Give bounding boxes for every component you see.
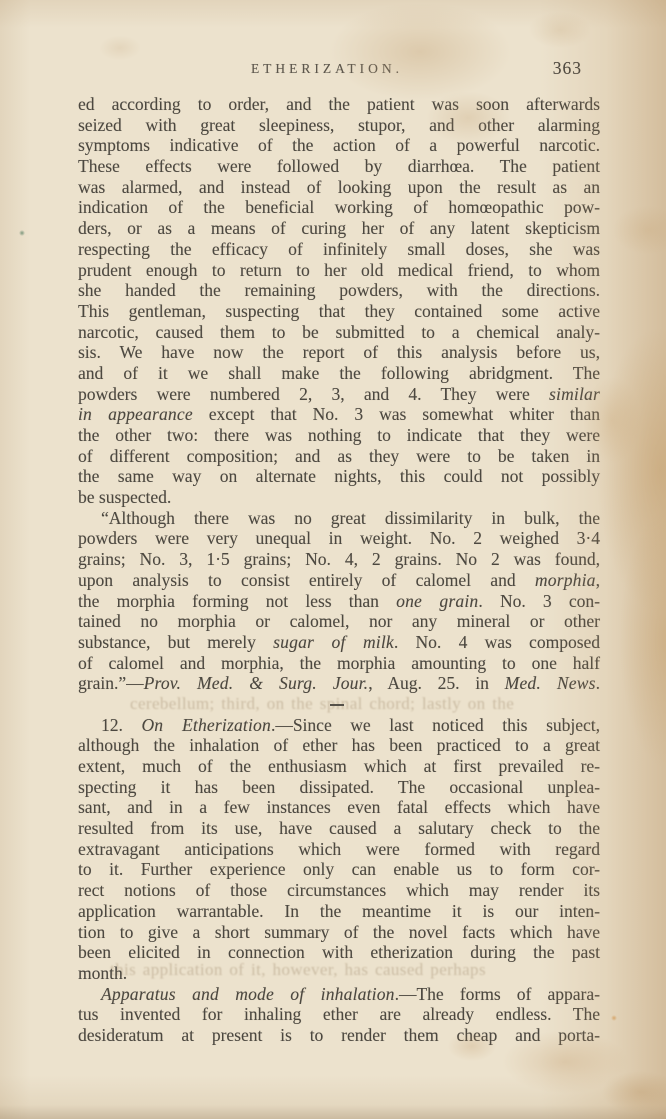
text-line: 12. On Etherization.—Since we last notic… bbox=[78, 715, 600, 736]
running-title: ETHERIZATION. bbox=[66, 61, 588, 77]
text-line: the morphia forming not less than one gr… bbox=[78, 591, 600, 612]
text-line: grains; No. 3, 1·5 grains; No. 4, 2 grai… bbox=[78, 549, 600, 570]
text-line: resulted from its use, have caused a sal… bbox=[78, 818, 600, 839]
text-line: the other two: there was nothing to indi… bbox=[78, 425, 600, 446]
text-line: tus invented for inhaling ether are alre… bbox=[78, 1004, 600, 1025]
separator-rule bbox=[330, 704, 344, 706]
text-line: powders were numbered 2, 3, and 4. They … bbox=[78, 384, 600, 405]
section-separator bbox=[78, 694, 600, 715]
text-line: sant, and in a few instances even fatal … bbox=[78, 797, 600, 818]
text-line: powders were very unequal in weight. No.… bbox=[78, 528, 600, 549]
text-line: of different composition; and as they we… bbox=[78, 446, 600, 467]
text-line: month. bbox=[78, 963, 600, 984]
text-line: prudent enough to return to her old medi… bbox=[78, 260, 600, 281]
text-line: and of it we shall make the following ab… bbox=[78, 363, 600, 384]
text-line: This gentleman, suspecting that they con… bbox=[78, 301, 600, 322]
text-line: ders, or as a means of curing her of any… bbox=[78, 218, 600, 239]
text-line: the same way on alternate nights, this c… bbox=[78, 466, 600, 487]
text-line: in appearance except that No. 3 was some… bbox=[78, 404, 600, 425]
book-page: cerebellum; third, on the spinal chord; … bbox=[0, 0, 666, 1119]
text-line: upon analysis to consist entirely of cal… bbox=[78, 570, 600, 591]
text-line: tained no morphia or calomel, nor any mi… bbox=[78, 611, 600, 632]
text-line: substance, but merely sugar of milk. No.… bbox=[78, 632, 600, 653]
page-number: 363 bbox=[553, 58, 582, 79]
text-line: specting it has been dissipated. The occ… bbox=[78, 777, 600, 798]
text-line: symptoms indicative of the action of a p… bbox=[78, 135, 600, 156]
text-line: application warrantable. In the meantime… bbox=[78, 901, 600, 922]
text-line: of calomel and morphia, the morphia amou… bbox=[78, 653, 600, 674]
page-header: ETHERIZATION. 363 bbox=[78, 61, 600, 81]
text-line: although the inhalation of ether has bee… bbox=[78, 735, 600, 756]
text-line: ed according to order, and the patient w… bbox=[78, 94, 600, 115]
text-line: seized with great sleepiness, stupor, an… bbox=[78, 115, 600, 136]
text-line: “Although there was no great dissimilari… bbox=[78, 508, 600, 529]
text-line: These effects were followed by diarrhœa.… bbox=[78, 156, 600, 177]
text-line: been elicited in connection with etheriz… bbox=[78, 942, 600, 963]
text-line: extravagant anticipations which were for… bbox=[78, 839, 600, 860]
text-line: respecting the efficacy of infinitely sm… bbox=[78, 239, 600, 260]
text-line: desideratum at present is to render them… bbox=[78, 1025, 600, 1046]
text-line: rect notions of those circumstances whic… bbox=[78, 880, 600, 901]
text-line: narcotic, caused them to be submitted to… bbox=[78, 322, 600, 343]
text-line: tion to give a short summary of the nove… bbox=[78, 922, 600, 943]
text-line: extent, much of the enthusiasm which at … bbox=[78, 756, 600, 777]
text-line: sis. We have now the report of this anal… bbox=[78, 342, 600, 363]
text-line: she handed the remaining powders, with t… bbox=[78, 280, 600, 301]
text-line: grain.”—Prov. Med. & Surg. Jour., Aug. 2… bbox=[78, 673, 600, 694]
text-line: be suspected. bbox=[78, 487, 600, 508]
text-line: Apparatus and mode of inhalation.—The fo… bbox=[78, 984, 600, 1005]
text-line: indication of the beneficial working of … bbox=[78, 197, 600, 218]
text-line: was alarmed, and instead of looking upon… bbox=[78, 177, 600, 198]
text-line: to it. Further experience only can enabl… bbox=[78, 859, 600, 880]
page-text: ed according to order, and the patient w… bbox=[78, 94, 600, 1046]
